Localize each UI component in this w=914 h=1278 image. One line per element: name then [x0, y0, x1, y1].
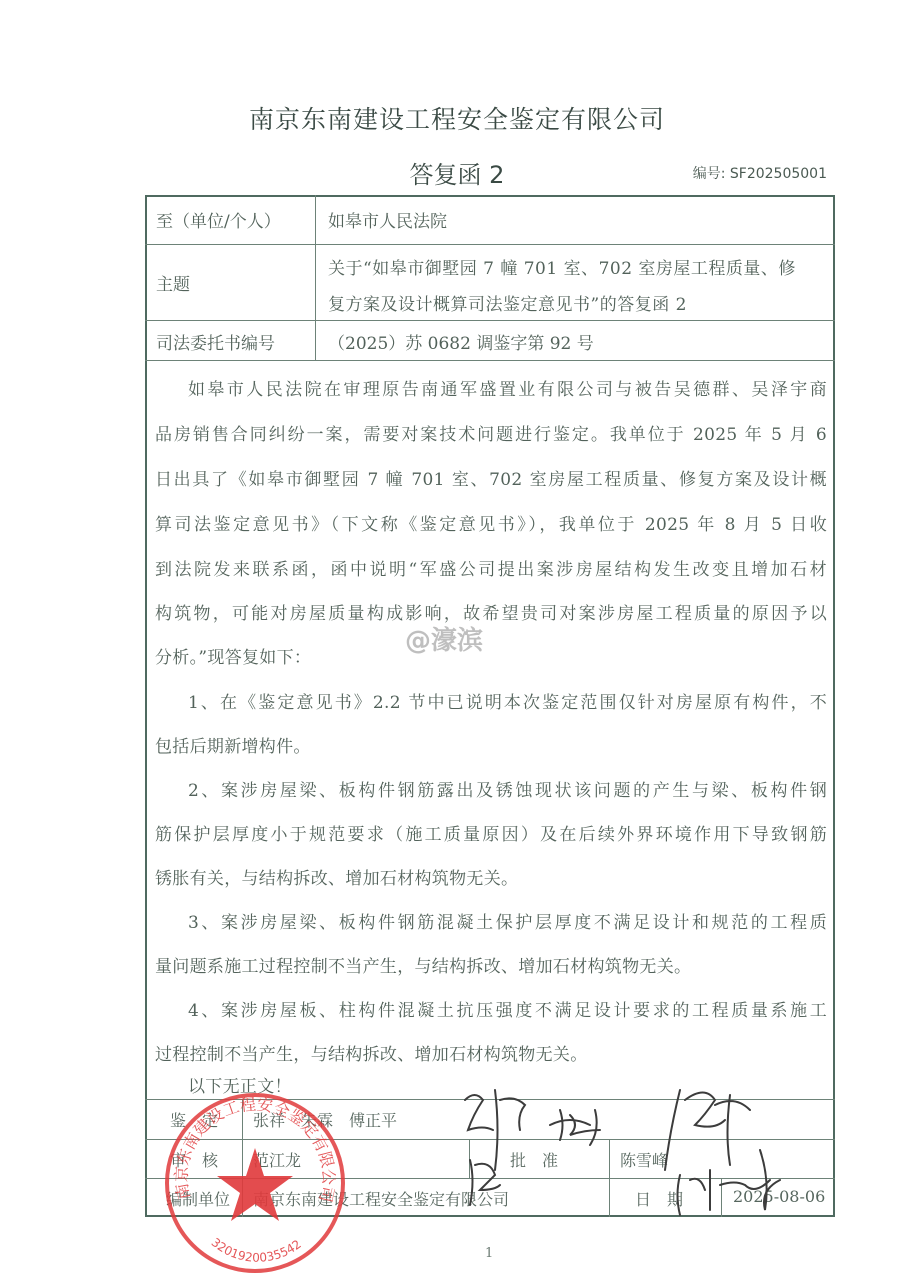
item-3-line: 量问题系施工过程控制不当产生，与结构拆改、增加石材构筑物无关。	[155, 952, 827, 977]
body-line: 日出具了《如皋市御墅园 7 幢 701 室、702 室房屋工程质量、修复方案及设…	[155, 465, 827, 490]
closing-text: 以下无正文！	[188, 1072, 827, 1097]
date-value: 2025-08-06	[733, 1187, 825, 1206]
row-divider	[145, 1099, 835, 1100]
column-divider	[721, 1178, 722, 1217]
item-1-line: 1、在《鉴定意见书》2.2 节中已说明本次鉴定范围仅针对房屋原有构件，不	[188, 688, 827, 713]
row-divider	[145, 244, 835, 245]
item-3-line: 3、案涉房屋梁、板构件钢筋混凝土保护层厚度不满足设计和规范的工程质	[188, 908, 827, 933]
org-name: 南京东南建设工程安全鉴定有限公司	[253, 1187, 509, 1210]
page-number: 1	[485, 1246, 493, 1261]
appraiser-names: 张祥 朱霖 傅正平	[253, 1108, 397, 1131]
body-line: 品房销售合同纠纷一案，需要对案技术问题进行鉴定。我单位于 2025 年 5 月 …	[155, 420, 827, 445]
org-label: 编制单位	[166, 1187, 230, 1210]
company-title: 南京东南建设工程安全鉴定有限公司	[0, 100, 914, 136]
body-line: 构筑物，可能对房屋质量构成影响，故希望贵司对案涉房屋工程质量的原因予以	[155, 599, 827, 624]
subject-line: 关于“如皋市御墅园 7 幢 701 室、702 室房屋工程质量、修	[328, 254, 796, 279]
column-divider	[315, 195, 316, 360]
column-divider	[242, 1099, 243, 1217]
row-divider	[145, 1178, 835, 1179]
subject-label: 主题	[156, 270, 190, 295]
item-2-line: 2、案涉房屋梁、板构件钢筋露出及锈蚀现状该问题的产生与梁、板构件钢	[188, 776, 827, 801]
item-2-line: 锈胀有关，与结构拆改、增加石材构筑物无关。	[155, 864, 827, 889]
item-4-line: 4、案涉房屋板、柱构件混凝土抗压强度不满足设计要求的工程质量系施工	[188, 996, 827, 1021]
body-line: 到法院发来联系函，函中说明“军盛公司提出案涉房屋结构发生改变且增加石材	[155, 555, 827, 580]
item-1-line: 包括后期新增构件。	[155, 732, 827, 757]
commission-label: 司法委托书编号	[156, 329, 275, 354]
date-label: 日 期	[635, 1187, 683, 1210]
svg-text:3201920035542: 3201920035542	[209, 1235, 304, 1265]
item-2-line: 筋保护层厚度小于规范要求（施工质量原因）及在后续外界环境作用下导致钢筋	[155, 820, 827, 845]
item-4-line: 过程控制不当产生，与结构拆改、增加石材构筑物无关。	[155, 1040, 827, 1065]
commission-value: （2025）苏 0682 调鉴字第 92 号	[328, 329, 594, 354]
row-divider	[145, 360, 835, 361]
subject-line: 复方案及设计概算司法鉴定意见书”的答复函 2	[328, 290, 687, 315]
column-divider	[609, 1139, 610, 1217]
row-divider	[145, 320, 835, 321]
approver-label: 批 准	[510, 1148, 558, 1171]
row-divider	[145, 1139, 835, 1140]
appraiser-label: 鉴 定	[170, 1108, 218, 1131]
document-number: 编号: SF202505001	[693, 163, 827, 183]
reviewer-name: 范江龙	[253, 1148, 301, 1171]
recipient-label: 至（单位/个人）	[156, 207, 281, 232]
body-line: 如皋市人民法院在审理原告南通军盛置业有限公司与被告吴德群、吴泽宇商	[188, 375, 827, 400]
body-line: 算司法鉴定意见书》（下文称《鉴定意见书》），我单位于 2025 年 8 月 5 …	[155, 510, 827, 535]
recipient-value: 如皋市人民法院	[328, 207, 447, 232]
watermark: @濠滨	[405, 620, 483, 657]
column-divider	[469, 1139, 470, 1179]
body-line: 分析。”现答复如下：	[155, 643, 827, 668]
reviewer-label: 审 核	[170, 1148, 218, 1171]
approver-name: 陈雪峰	[620, 1148, 668, 1171]
